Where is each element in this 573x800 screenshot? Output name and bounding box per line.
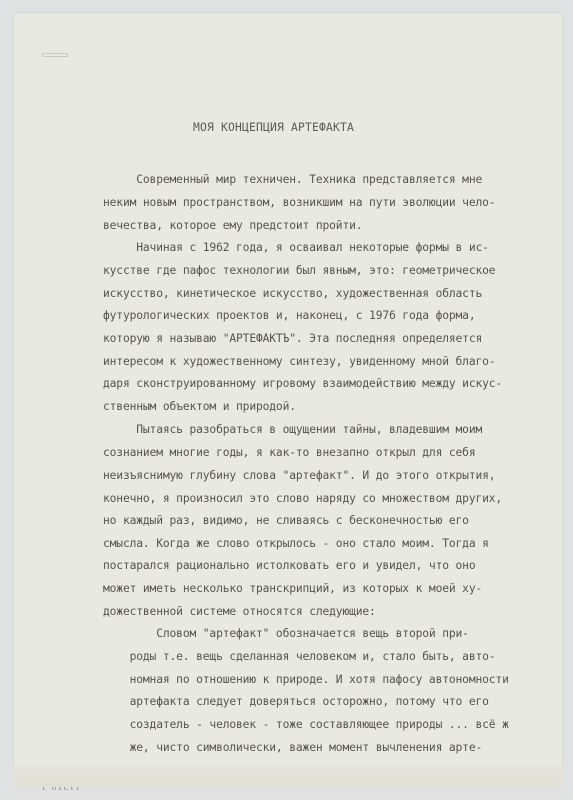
document-line: Словом "артефакт" обозначается вещь втор… — [103, 623, 469, 645]
document-line: смысла. Когда же слово открылось - оно с… — [103, 533, 489, 555]
document-line: неким новым пространством, возникшим на … — [103, 192, 495, 214]
document-line: интересом к художественному синтезу, уви… — [103, 351, 495, 373]
document-line: может иметь несколько транскрипций, из к… — [103, 578, 482, 600]
document-line: Начиная с 1962 года, я осваивал некоторы… — [103, 237, 489, 259]
document-line: неизъяснимую глубину слова "артефакт". И… — [103, 465, 495, 487]
paper-clip-mark — [42, 53, 68, 57]
document-line: искусство, кинетическое искусство, худож… — [103, 283, 482, 305]
document-title: МОЯ КОНЦЕПЦИЯ АРТЕФАКТА — [193, 117, 354, 139]
document-page: МОЯ КОНЦЕПЦИЯ АРТЕФАКТА Современный мир … — [13, 12, 563, 787]
document-line: Современный мир техничен. Техника предст… — [103, 169, 482, 191]
document-line: вечества, которое ему предстоит пройти. — [103, 215, 362, 237]
document-line: роды т.е. вещь сделанная человеком и, ст… — [103, 646, 495, 668]
document-line: ственным объектом и природой. — [103, 396, 296, 418]
document-line: артефакта следует доверяться осторожно, … — [103, 691, 489, 713]
document-line: даря сконструированному игровому взаимод… — [103, 373, 502, 395]
document-line: номная по отношению к природе. И хотя па… — [103, 669, 509, 691]
document-line: кусстве где пафос технологии был явным, … — [103, 260, 495, 282]
document-line: постарался рационально истолковать его и… — [103, 555, 475, 577]
document-line: же, чисто символически, важен момент выч… — [103, 737, 482, 759]
archive-stamp: 11310-1 — [40, 780, 80, 791]
document-line: конечно, я произносил это слово наряду с… — [103, 488, 502, 510]
document-line: сознанием многие годы, я как-то внезапно… — [103, 442, 475, 464]
document-line: но каждый раз, видимо, не сливаясь с бес… — [103, 510, 469, 532]
document-line: дожественной системе относятся следующие… — [103, 601, 376, 623]
document-line: которую я называю "АРТЕФАКТЪ". Эта после… — [103, 328, 482, 350]
document-line: Пытаясь разобраться в ощущении тайны, вл… — [103, 419, 482, 441]
document-line: футурологических проектов и, наконец, с … — [103, 305, 475, 327]
document-line: создатель - человек - тоже составляющее … — [103, 714, 509, 736]
